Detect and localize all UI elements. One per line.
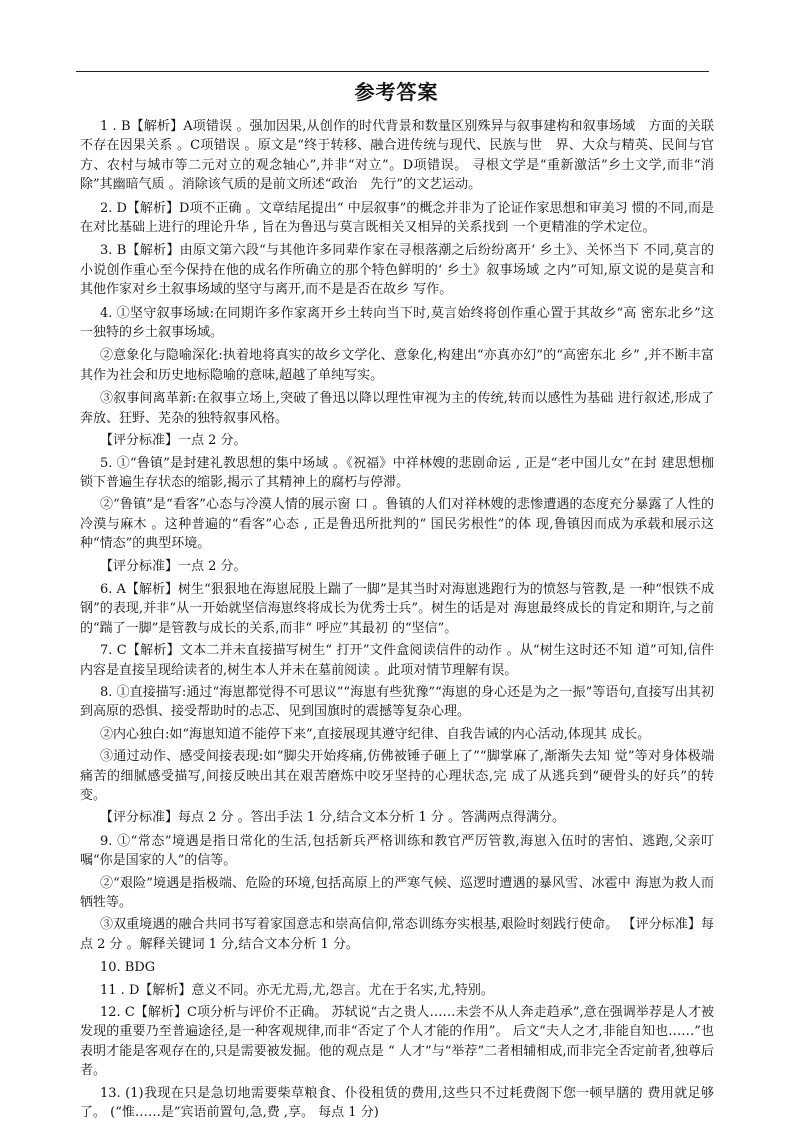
answer-13: 13. (1)我现在只是急切地需要柴草粮食、仆役租赁的费用,这些只不过耗费阁下您… bbox=[80, 1084, 714, 1121]
answer-2: 2. D【解析】D项不正确 。文章结尾提出“ 中层叙事”的概念并非为了论证作家思… bbox=[80, 199, 714, 238]
answer-4-point-3: ③叙事间离革新:在叙事立场上,突破了鲁迅以降以理性审视为主的传统,转而以感性为基… bbox=[80, 389, 714, 428]
answer-6: 6. A【解析】树生“狠狠地在海崽屁股上踹了一脚”是其当时对海崽逃跑行为的愤怒与… bbox=[80, 580, 714, 638]
answer-3: 3. B【解析】由原文第六段“与其他许多同辈作家在寻根落潮之后纷纷离开‘ 乡土》… bbox=[80, 241, 714, 299]
answer-1: 1 . B【解析】A项错误 。强加因果,从创作的时代背景和数量区别殊异与叙事建构… bbox=[80, 117, 714, 195]
answer-5-point-2: ②“鲁镇”是“看客”心态与冷漠人情的展示窗 口 。鲁镇的人们对祥林嫂的悲惨遭遇的… bbox=[80, 495, 714, 553]
answer-7: 7. C【解析】文本二并未直接描写树生“ 打开”文件盒阅读信件的动作 。从“树生… bbox=[80, 641, 714, 680]
answer-11: 11 . D【解析】意义不同。亦无尤焉,尤,怨言。尤在于名实,尤,特别。 bbox=[80, 981, 714, 1000]
answer-8-point-3: ③通过动作、感受间接表现:如“脚尖开始疼痛,仿佛被锤子砸上了”“脚掌麻了,渐渐失… bbox=[80, 747, 714, 805]
answer-12: 12. C【解析】C项分析与评价不正确。 苏轼说“古之贵人……未尝不从人奔走趋承… bbox=[80, 1003, 714, 1081]
answer-9-point-3: ③双重境遇的融合共同书写着家国意志和崇高信仰,常态训练夯实根基,艰险时刻践行使命… bbox=[80, 915, 714, 954]
answer-8-point-2: ②内心独白:如“海崽知道不能停下来”,直接展现其遵守纪律、自我告诫的内心活动,体… bbox=[80, 725, 714, 744]
answer-9-point-1: 9. ①“常态”境遇是指日常化的生活,包括新兵严格训练和教官严厉管教,海崽入伍时… bbox=[80, 832, 714, 871]
answer-4-scoring: 【评分标准】一点 2 分。 bbox=[80, 431, 714, 450]
answer-4-point-1: 4. ①坚守叙事场域:在同期许多作家离开乡土转向当下时,莫言始终将创作重心置于其… bbox=[80, 304, 714, 343]
answer-10: 10. BDG bbox=[80, 958, 714, 977]
answer-5-point-1: 5. ①“鲁镇”是封建礼教思想的集中场域 。《祝福》中祥林嫂的悲剧命运 , 正是… bbox=[80, 454, 714, 493]
header-rule bbox=[76, 71, 709, 72]
answer-body: 1 . B【解析】A项错误 。强加因果,从创作的时代背景和数量区别殊异与叙事建构… bbox=[80, 117, 714, 1121]
answer-4-point-2: ②意象化与隐喻深化:执着地将真实的故乡文学化、意象化,构建出“亦真亦幻”的“高密… bbox=[80, 346, 714, 385]
answer-5-scoring: 【评分标准】一点 2 分。 bbox=[80, 557, 714, 576]
page-title: 参考答案 bbox=[0, 76, 793, 105]
answer-8-scoring: 【评分标准】每点 2 分 。答出手法 1 分,结合文本分析 1 分 。答满两点得… bbox=[80, 808, 714, 827]
answer-8-point-1: 8. ①直接描写:通过“海崽都觉得不可思议”“海崽有些犹豫”“海崽的身心还是为之… bbox=[80, 683, 714, 722]
answer-9-point-2: ②“艰险”境遇是指极端、危险的环境,包括高原上的严寒气候、巡逻时遭遇的暴风雪、冰… bbox=[80, 874, 714, 913]
